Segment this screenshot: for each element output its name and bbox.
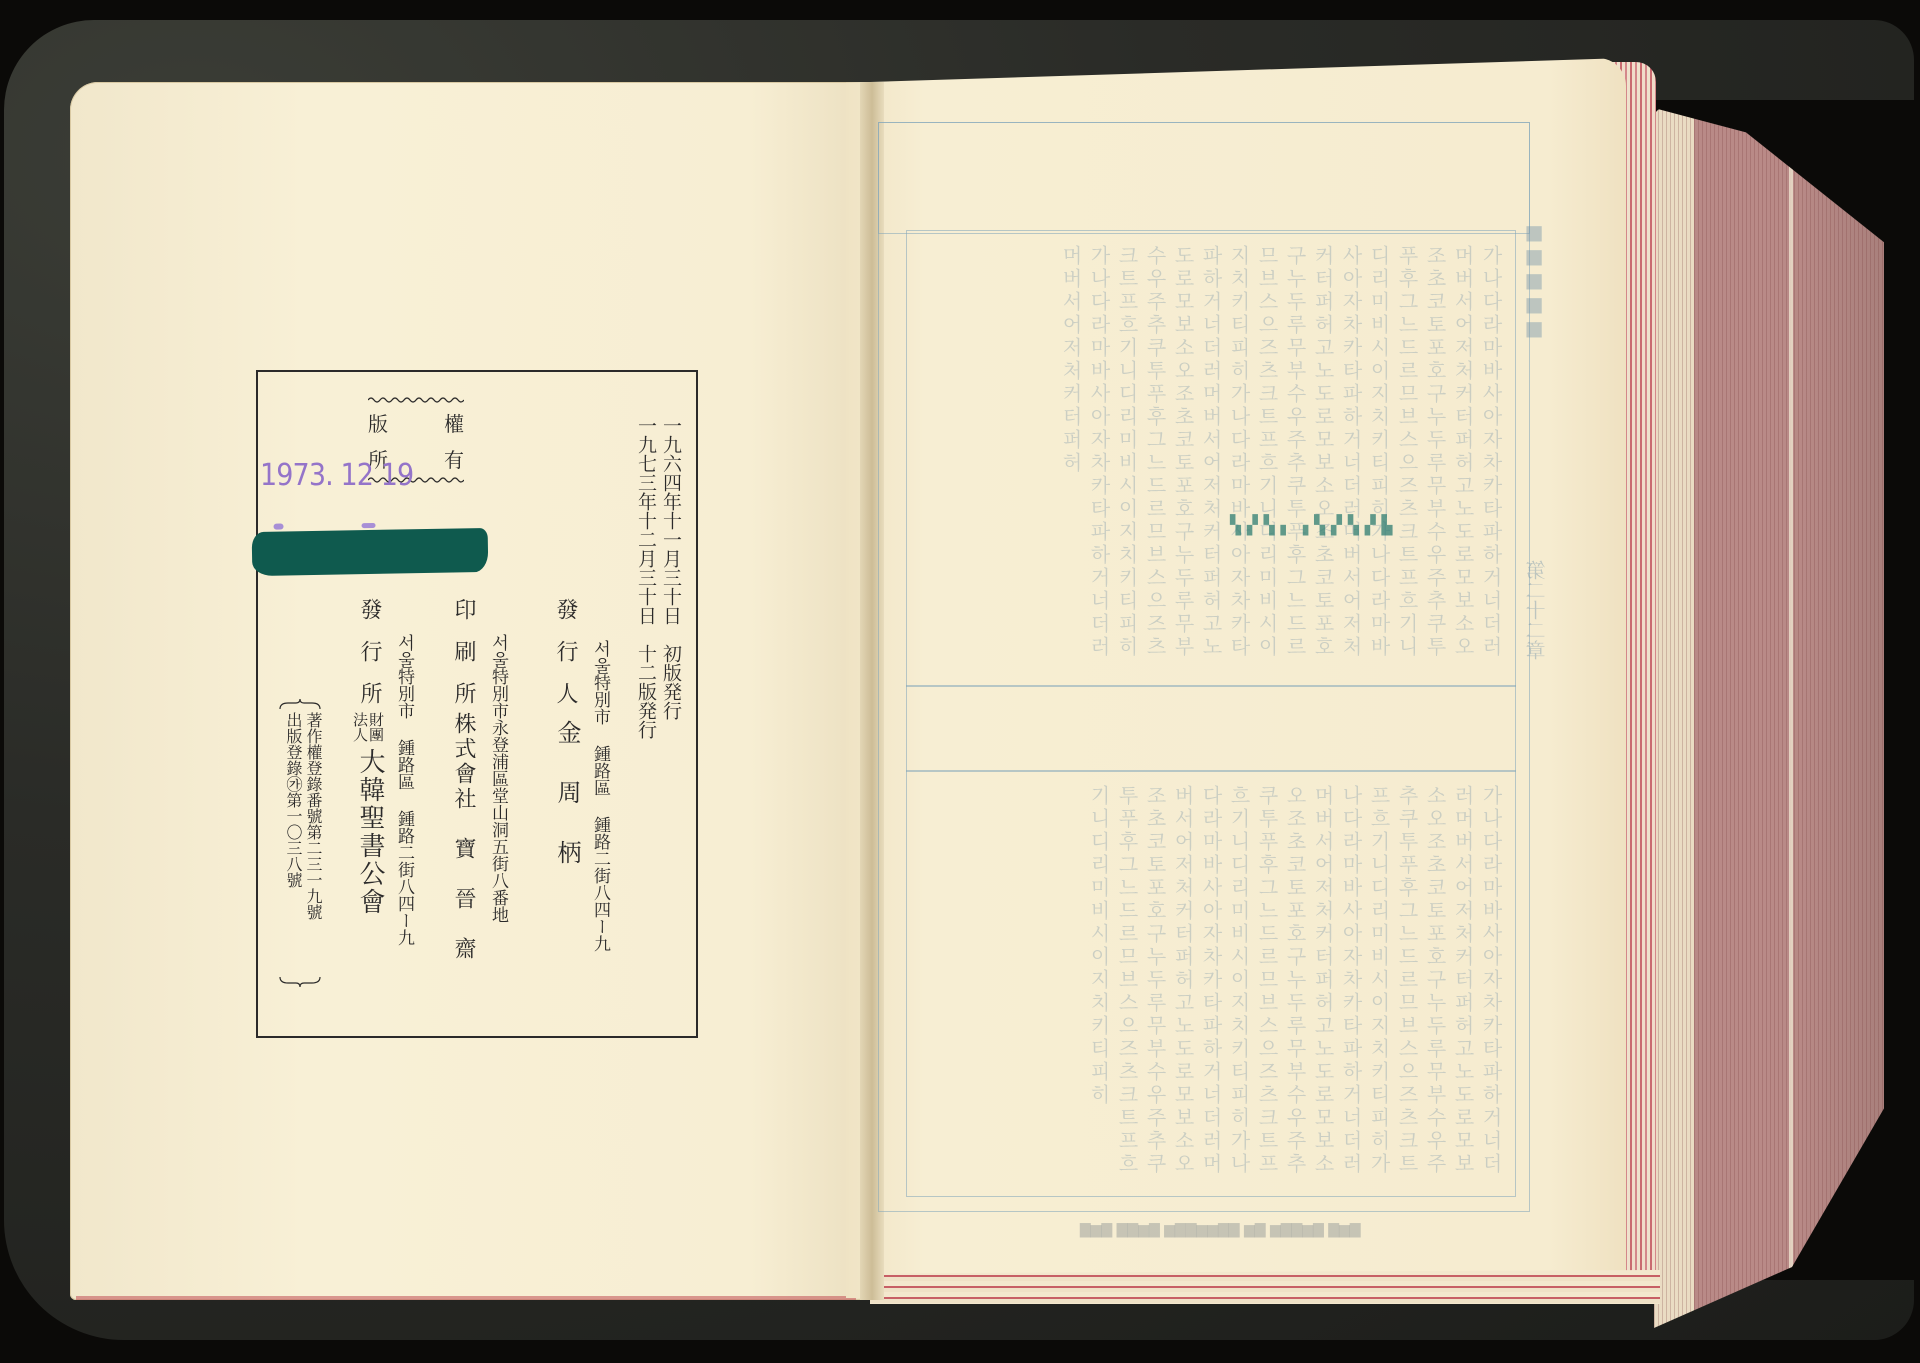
copyright-char: 有 — [444, 444, 464, 473]
colophon-box: 版 權 所 有 1973. 12 19 一九六四年十一月三十日 初版発行 一九七… — [256, 370, 698, 1038]
showthrough-stamp-bleed: ▚▞▚▖▗▚▞▚▞▙ — [1230, 515, 1440, 551]
copyright-registration-number: 著作權登錄番號第二三一九號 — [302, 712, 325, 920]
received-date-stamp: 1973. 12 19 — [260, 458, 413, 493]
page-edge-stripe — [1789, 108, 1793, 1328]
showthrough-text-upper: 가나다라마바사아자차카타파하거너더러머버서어저처커터퍼허고노도로모보소오조초코토… — [915, 245, 1505, 675]
showthrough-chapter-label: 第二十二章 — [1522, 560, 1551, 660]
left-page-red-edge — [76, 1296, 856, 1300]
publisher-label: 發行人 — [550, 598, 581, 724]
showthrough-mid-notes — [906, 685, 1516, 772]
showthrough-footer: ▇▆▇ ▇▆▇▇▆ ▇▆ ▇▇▆▆▇▇▆ ▇▆▇▇ ▇▆▇ — [1080, 1222, 1361, 1238]
redaction-ink-blot — [252, 528, 489, 576]
publishing-house-label: 發行所 — [354, 598, 385, 724]
publisher-address: 서울特別市 鍾路區 鍾路二街八四ー九 — [588, 640, 613, 952]
publishing-house-address: 서울特別市 鍾路區 鍾路二街八四ー九 — [392, 634, 417, 946]
twelfth-edition-line: 一九七三年十二月三十日 十二版発行 — [633, 416, 660, 739]
showthrough-text-lower: 가나다라마바사아자차카타파하거너더러머버서어저처커터퍼허고노도로모보소오조초코토… — [915, 785, 1505, 1185]
printer-name: 株式會社 寶 晉 齋 — [448, 712, 479, 962]
publishing-house-name: 大韓聖書公會 — [352, 748, 389, 916]
copyright-row-1: 版 權 — [368, 408, 464, 437]
brace-bottom — [278, 976, 322, 988]
showthrough-book-title: ■■■■■ — [1522, 220, 1546, 340]
printer-address: 서울特別市永登浦區堂山洞五街八番地 — [486, 634, 511, 923]
copyright-char: 版 — [368, 408, 388, 437]
brace-top — [278, 698, 322, 710]
copyright-char: 權 — [444, 408, 464, 437]
first-edition-line: 一九六四年十一月三十日 初版発行 — [658, 416, 685, 720]
publication-registration-number: 出版登錄㉮第一〇三八號 — [282, 712, 305, 888]
bottom-page-edges — [870, 1270, 1660, 1304]
foundation-prefix-bottom: 法人 — [350, 712, 371, 742]
wavy-rule-top — [368, 396, 464, 404]
publisher-name: 金 周 柄 — [550, 720, 585, 870]
showthrough-top-notes — [878, 122, 1530, 234]
page-block-edge — [1654, 108, 1884, 1328]
printer-label: 印刷所 — [448, 598, 479, 724]
